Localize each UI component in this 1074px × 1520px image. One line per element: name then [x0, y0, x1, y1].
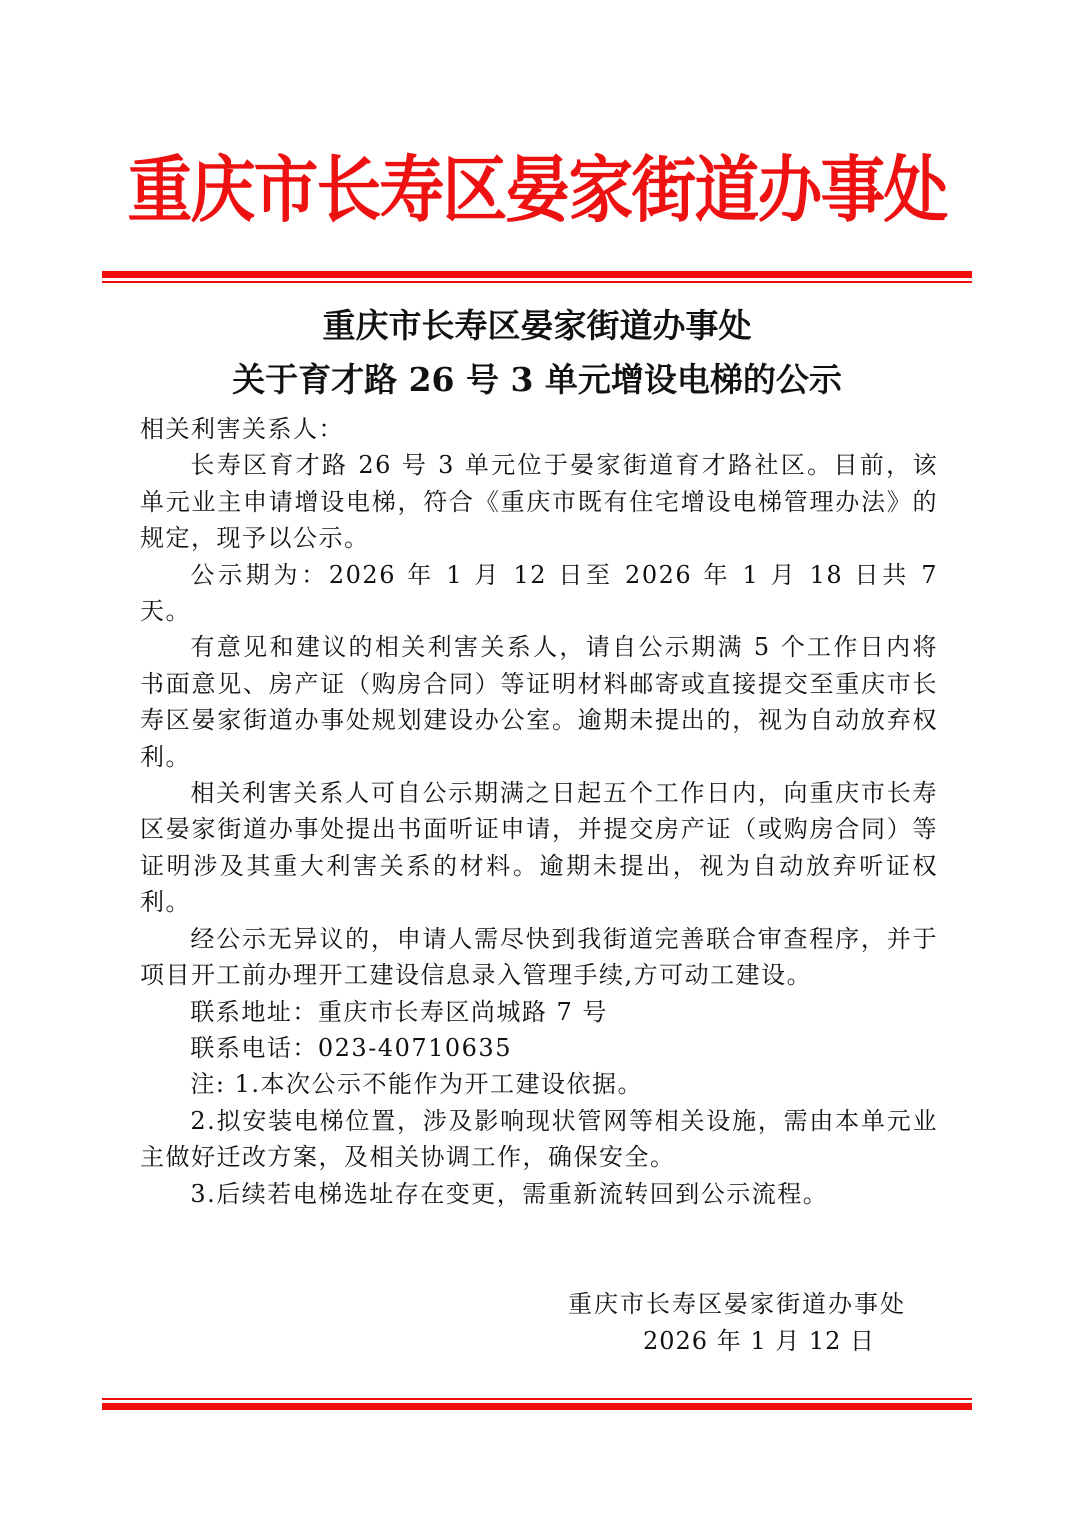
document-title-line2: 关于育才路 26 号 3 单元增设电梯的公示: [0, 358, 1074, 402]
header-divider-thin: [102, 281, 972, 283]
letterhead-org-name: 重庆市长寿区晏家街道办事处: [54, 140, 1021, 240]
footer-divider-thin: [102, 1398, 972, 1400]
footer-divider-thick: [102, 1403, 972, 1410]
signature-org: 重庆市长寿区晏家街道办事处: [568, 1286, 906, 1322]
contact-phone: 联系电话：023-40710635: [140, 1030, 938, 1066]
note-1: 注: 1.本次公示不能作为开工建设依据。: [140, 1066, 938, 1102]
contact-address: 联系地址：重庆市长寿区尚城路 7 号: [140, 994, 938, 1030]
salutation: 相关利害关系人：: [140, 411, 938, 447]
document-body: 相关利害关系人： 长寿区育才路 26 号 3 单元位于晏家街道育才路社区。目前，…: [140, 411, 938, 1212]
paragraph-procedure: 经公示无异议的，申请人需尽快到我街道完善联合审查程序，并于项目开工前办理开工建设…: [140, 921, 938, 994]
paragraph-hearing: 相关利害关系人可自公示期满之日起五个工作日内，向重庆市长寿区晏家街道办事处提出书…: [140, 775, 938, 921]
paragraph-location: 长寿区育才路 26 号 3 单元位于晏家街道育才路社区。目前，该单元业主申请增设…: [140, 447, 938, 556]
paragraph-objections: 有意见和建议的相关利害关系人，请自公示期满 5 个工作日内将书面意见、房产证（购…: [140, 629, 938, 775]
note-3: 3.后续若电梯选址存在变更，需重新流转回到公示流程。: [140, 1176, 938, 1212]
paragraph-period: 公示期为：2026 年 1 月 12 日至 2026 年 1 月 18 日共 7…: [140, 557, 938, 630]
note-2: 2.拟安装电梯位置，涉及影响现状管网等相关设施，需由本单元业主做好迁改方案，及相…: [140, 1103, 938, 1176]
header-divider-thick: [102, 271, 972, 278]
signature-date: 2026 年 1 月 12 日: [643, 1323, 875, 1359]
document-title-line1: 重庆市长寿区晏家街道办事处: [0, 304, 1074, 348]
